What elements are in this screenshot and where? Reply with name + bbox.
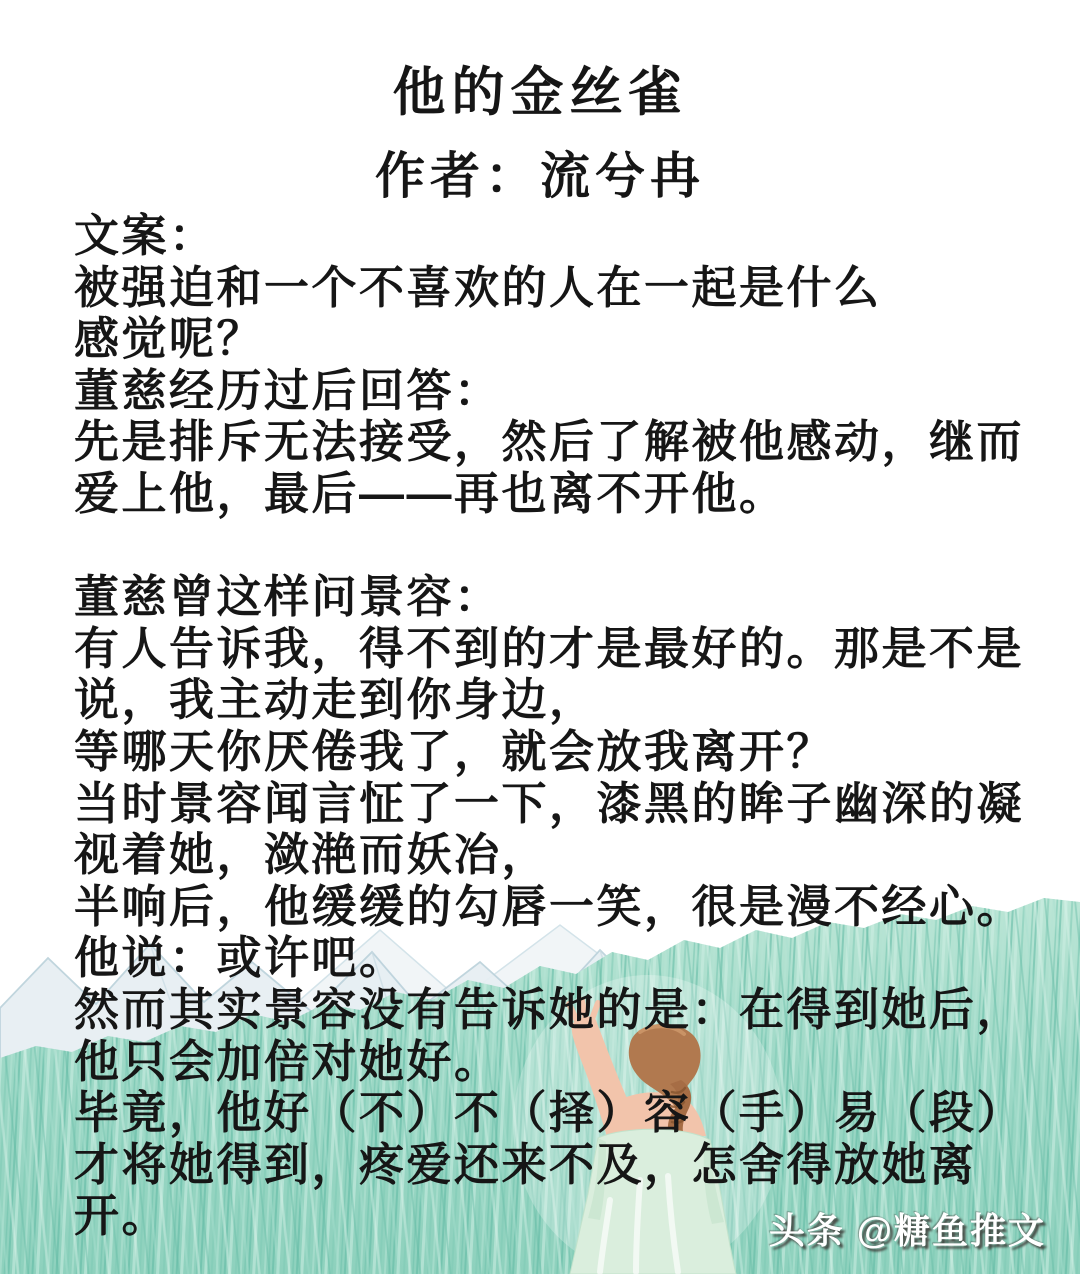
body-line [74,520,1064,572]
body-line: 董慈曾这样问景容： [74,571,1064,623]
body-line: 董慈经历过后回答： [74,365,1064,417]
body-line: 他只会加倍对她好。 [74,1036,1064,1088]
body-line: 当时景容闻言怔了一下，漆黑的眸子幽深的凝 [74,778,1064,830]
body-line: 才将她得到，疼爱还来不及，怎舍得放她离 [74,1139,1064,1191]
novel-author: 作者：流兮冉 [0,136,1080,208]
body-line: 说，我主动走到你身边， [74,674,1064,726]
body-line: 感觉呢？ [74,313,1064,365]
body-line: 等哪天你厌倦我了，就会放我离开？ [74,726,1064,778]
body-line: 视着她，潋滟而妖冶， [74,829,1064,881]
body-line: 然而其实景容没有告诉她的是：在得到她后， [74,984,1064,1036]
body-line: 被强迫和一个不喜欢的人在一起是什么 [74,262,1064,314]
body-line: 半响后，他缓缓的勾唇一笑，很是漫不经心。 [74,881,1064,933]
watermark: 头条 @糖鱼推文 [769,1203,1046,1254]
body-line: 毕竟，他好（不）不（择）容（手）易（段） [74,1087,1064,1139]
synopsis: 文案： 被强迫和一个不喜欢的人在一起是什么 感觉呢？ 董慈经历过后回答： 先是排… [74,210,1064,1242]
poster-page: 他的金丝雀 作者：流兮冉 文案： 被强迫和一个不喜欢的人在一起是什么 感觉呢？ … [0,0,1080,1274]
body-line: 先是排斥无法接受，然后了解被他感动，继而 [74,416,1064,468]
body-line: 他说：或许吧。 [74,932,1064,984]
body-line: 文案： [74,210,1064,262]
body-line: 有人告诉我，得不到的才是最好的。那是不是 [74,623,1064,675]
body-line: 爱上他，最后——再也离不开他。 [74,468,1064,520]
novel-title: 他的金丝雀 [0,50,1080,126]
